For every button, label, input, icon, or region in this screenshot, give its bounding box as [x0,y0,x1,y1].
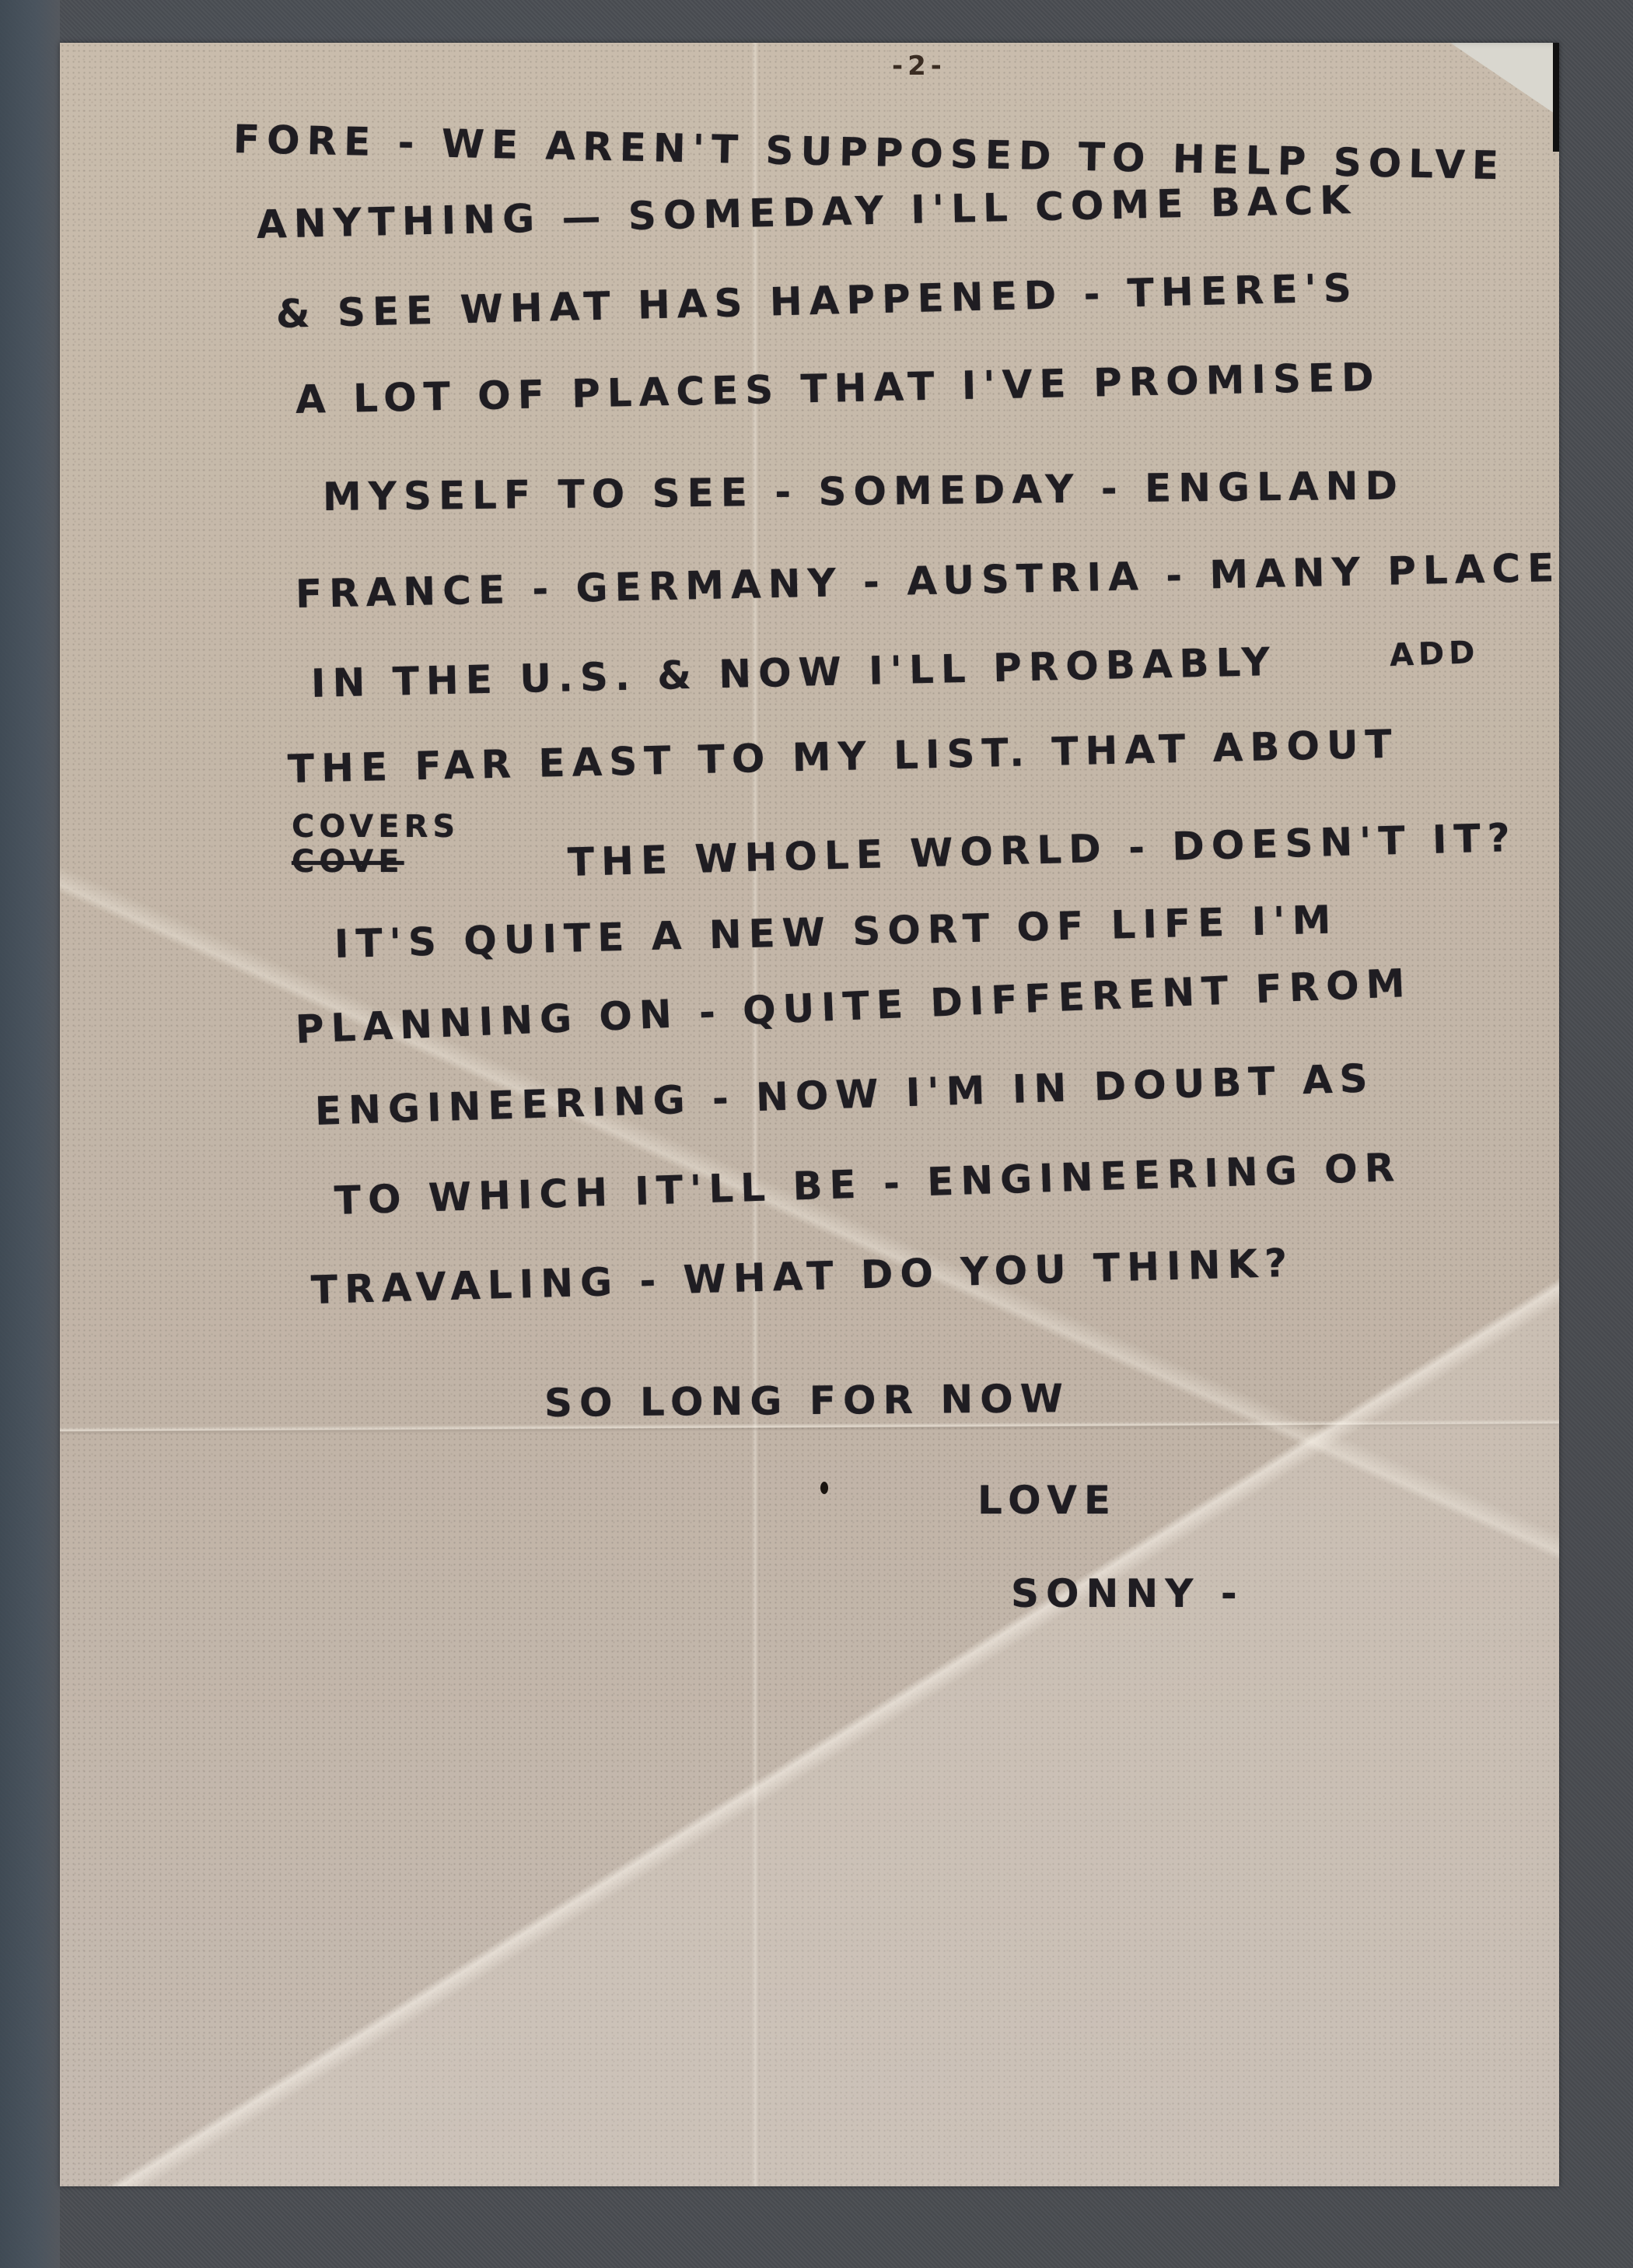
letter-body: -2- FORE - WE AREN'T SUPPOSED TO HELP SO… [60,43,1559,2186]
scan-backdrop [0,0,60,2268]
letter-line-4: A LOT OF PLACES THAT I'VE PROMISED [295,355,1381,422]
letter-line-2: ANYTHING — SOMEDAY I'LL COME BACK [256,177,1357,247]
inserted-word-covers: COVERS [292,809,460,845]
letter-line-8: THE FAR EAST TO MY LIST. THAT ABOUT [287,722,1399,792]
letter-line-10: IT'S QUITE A NEW SORT OF LIFE I'M [334,897,1338,967]
signature: SONNY - [1011,1571,1244,1616]
letter-line-9: THE WHOLE WORLD - DOESN'T IT? [567,815,1517,885]
letter-line-7: IN THE U.S. & NOW I'LL PROBABLY [310,639,1277,706]
letter-line-11: PLANNING ON - QUITE DIFFERENT FROM [295,961,1413,1052]
letter-line-3: & SEE WHAT HAS HAPPENED - THERE'S [275,265,1359,337]
letter-page: -2- FORE - WE AREN'T SUPPOSED TO HELP SO… [60,43,1559,2186]
letter-line-12: ENGINEERING - NOW I'M IN DOUBT AS [314,1055,1375,1134]
inserted-word-add: ADD [1389,635,1480,674]
letter-line-14: TRAVALING - WHAT DO YOU THINK? [310,1241,1295,1313]
letter-line-5: MYSELF TO SEE - SOMEDAY - ENGLAND [323,463,1405,520]
struck-word-cove: COVE [292,844,404,880]
letter-line-13: TO WHICH IT'LL BE - ENGINEERING OR [334,1145,1402,1223]
letter-line-6: FRANCE - GERMANY - AUSTRIA - MANY PLACES [295,544,1559,617]
page-number: -2- [892,51,946,82]
closing-line: SO LONG FOR NOW [544,1376,1070,1426]
salutation-love: LOVE [977,1478,1117,1523]
